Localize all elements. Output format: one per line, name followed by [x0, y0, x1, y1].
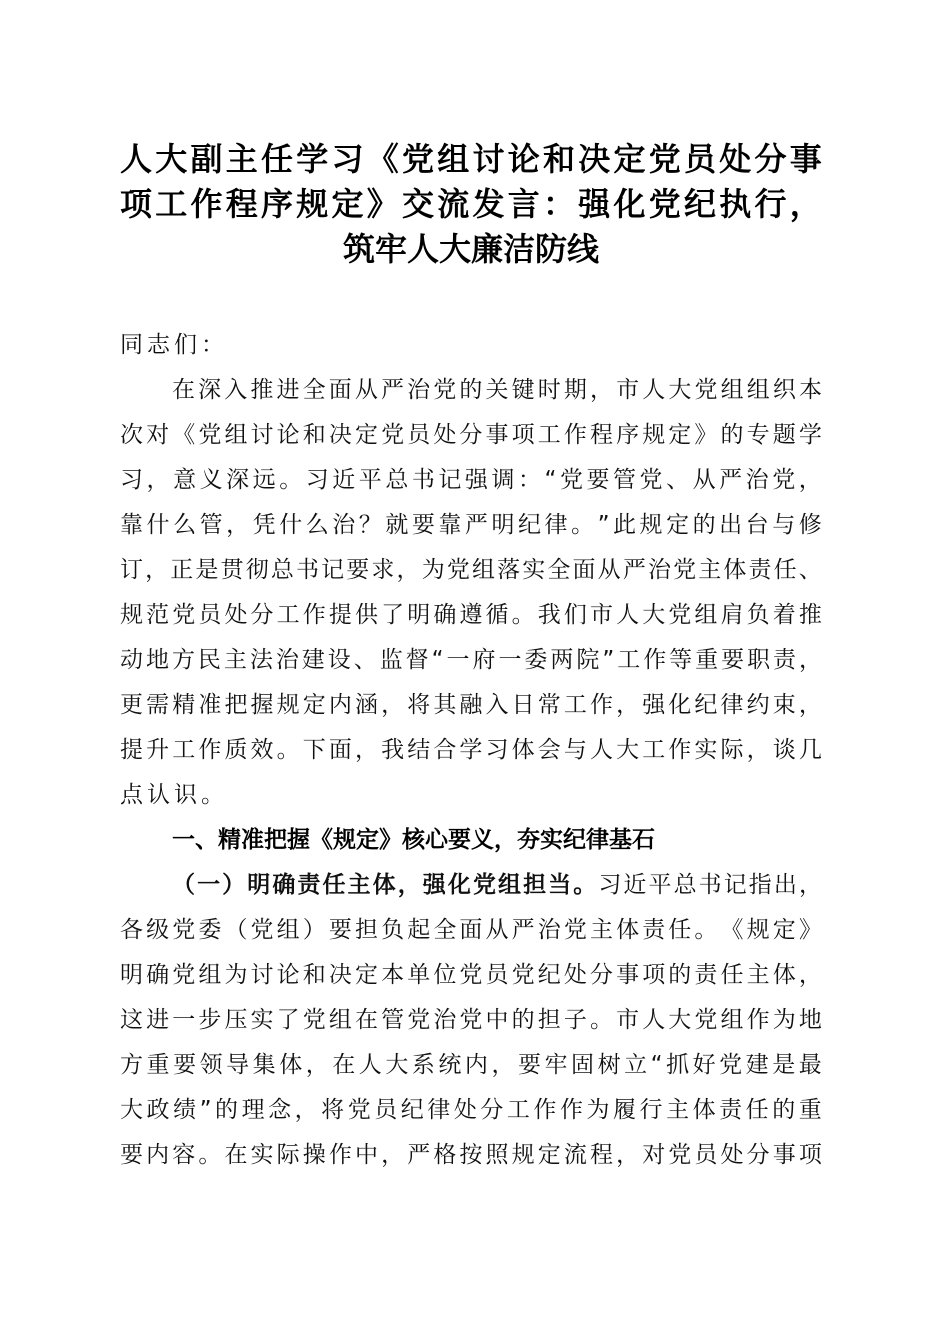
- document-body: 同志们： 在深入推进全面从严治党的关键时期，市人大党组组织本 次对《党组讨论和决…: [120, 323, 822, 1178]
- salutation: 同志们：: [120, 323, 822, 368]
- paragraph-line: 要内容。在实际操作中，严格按照规定流程，对党员处分事项: [120, 1133, 822, 1178]
- paragraph-line: 这进一步压实了党组在管党治党中的担子。市人大党组作为地: [120, 998, 822, 1043]
- intro-paragraph: 在深入推进全面从严治党的关键时期，市人大党组组织本 次对《党组讨论和决定党员处分…: [120, 368, 822, 818]
- paragraph-line: 规范党员处分工作提供了明确遵循。我们市人大党组肩负着推: [120, 593, 822, 638]
- paragraph-line: 大政绩”的理念，将党员纪律处分工作作为履行主体责任的重: [120, 1088, 822, 1133]
- document-title: 人大副主任学习《党组讨论和决定党员处分事 项工作程序规定》交流发言：强化党纪执行…: [120, 137, 822, 272]
- title-line-2: 项工作程序规定》交流发言：强化党纪执行，: [120, 182, 822, 227]
- paragraph-line: 习，意义深远。习近平总书记强调：“党要管党、从严治党，: [120, 458, 822, 503]
- paragraph-line: 明确党组为讨论和决定本单位党员党纪处分事项的责任主体，: [120, 953, 822, 998]
- paragraph-line: 动地方民主法治建设、监督“一府一委两院”工作等重要职责，: [120, 638, 822, 683]
- paragraph-line: 点认识。: [120, 773, 822, 818]
- paragraph-line: 订，正是贯彻总书记要求，为党组落实全面从严治党主体责任、: [120, 548, 822, 593]
- paragraph-line: 靠什么管，凭什么治？就要靠严明纪律。”此规定的出台与修: [120, 503, 822, 548]
- section-heading-1: 一、精准把握《规定》核心要义，夯实纪律基石: [120, 818, 822, 863]
- paragraph-line: 方重要领导集体，在人大系统内，要牢固树立“抓好党建是最: [120, 1043, 822, 1088]
- paragraph-line: 次对《党组讨论和决定党员处分事项工作程序规定》的专题学: [120, 413, 822, 458]
- paragraph-line: 在深入推进全面从严治党的关键时期，市人大党组组织本: [120, 368, 822, 413]
- paragraph-line: （一）明确责任主体，强化党组担当。习近平总书记指出，: [120, 863, 822, 908]
- subsection-paragraph-1: （一）明确责任主体，强化党组担当。习近平总书记指出， 各级党委（党组）要担负起全…: [120, 863, 822, 1178]
- title-line-3: 筑牢人大廉洁防线: [120, 227, 822, 272]
- title-line-1: 人大副主任学习《党组讨论和决定党员处分事: [120, 137, 822, 182]
- paragraph-line: 各级党委（党组）要担负起全面从严治党主体责任。《规定》: [120, 908, 822, 953]
- paragraph-line: 更需精准把握规定内涵，将其融入日常工作，强化纪律约束，: [120, 683, 822, 728]
- document-page: 人大副主任学习《党组讨论和决定党员处分事 项工作程序规定》交流发言：强化党纪执行…: [0, 0, 950, 1344]
- paragraph-line: 提升工作质效。下面，我结合学习体会与人大工作实际，谈几: [120, 728, 822, 773]
